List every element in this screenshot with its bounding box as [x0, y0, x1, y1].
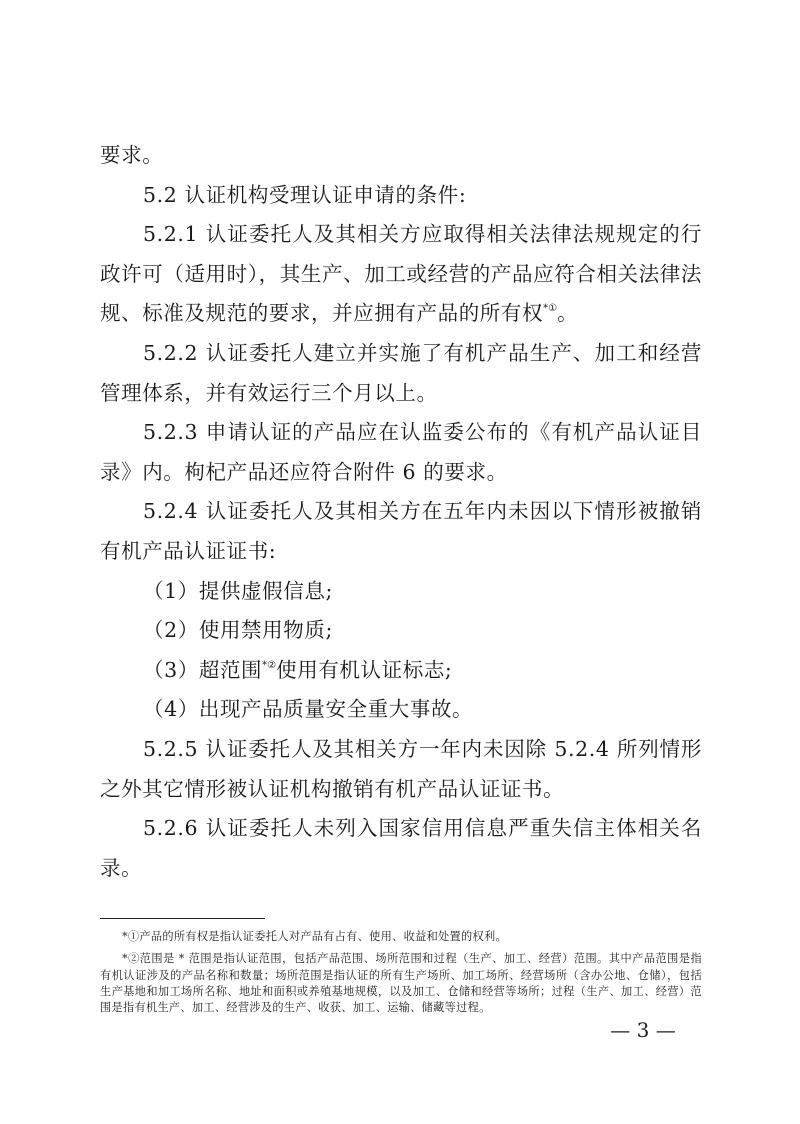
body-text: 要求。 5.2 认证机构受理认证申请的条件: 5.2.1 认证委托人及其相关方应…: [100, 136, 702, 888]
continuation-text: 要求。: [100, 136, 702, 176]
footnote-2: *②范围是 * 范围是指认证范围，包括产品范围、场所范围和过程（生产、加工、经营…: [100, 951, 702, 1016]
list-item-2: （2）使用禁用物质;: [100, 611, 702, 651]
section-heading-5-2: 5.2 认证机构受理认证申请的条件:: [100, 176, 702, 216]
footnote-separator: [100, 918, 265, 919]
paragraph-5-2-4: 5.2.4 认证委托人及其相关方在五年内未因以下情形被撤销有机产品认证证书:: [100, 492, 702, 571]
footnotes: *①产品的所有权是指认证委托人对产品有占有、使用、收益和处置的权利。 *②范围是…: [100, 929, 702, 1016]
paragraph-5-2-1-tail: 。: [557, 301, 578, 325]
document-page: 要求。 5.2 认证机构受理认证申请的条件: 5.2.1 认证委托人及其相关方应…: [0, 0, 800, 1124]
list-item-1: （1）提供虚假信息;: [100, 572, 702, 612]
paragraph-5-2-6: 5.2.6 认证委托人未列入国家信用信息严重失信主体相关名录。: [100, 809, 702, 888]
page-number: — 3 —: [598, 1016, 688, 1044]
footnote-ref-2: *②: [262, 660, 276, 671]
footnote-1: *①产品的所有权是指认证委托人对产品有占有、使用、收益和处置的权利。: [100, 929, 702, 945]
list-item-4: （4）出现产品质量安全重大事故。: [100, 690, 702, 730]
footnote-ref-1: *①: [543, 303, 557, 314]
paragraph-5-2-5: 5.2.5 认证委托人及其相关方一年内未因除 5.2.4 所列情形之外其它情形被…: [100, 730, 702, 809]
paragraph-5-2-3: 5.2.3 申请认证的产品应在认监委公布的《有机产品认证目录》内。枸杞产品还应符…: [100, 413, 702, 492]
paragraph-5-2-2: 5.2.2 认证委托人建立并实施了有机产品生产、加工和经营管理体系，并有效运行三…: [100, 334, 702, 413]
paragraph-5-2-1-text: 5.2.1 认证委托人及其相关方应取得相关法律法规规定的行政许可（适用时），其生…: [100, 222, 702, 325]
list-item-3: （3）超范围*②使用有机认证标志;: [100, 651, 702, 691]
list-item-3-text-after: 使用有机认证标志;: [276, 658, 452, 682]
paragraph-5-2-1: 5.2.1 认证委托人及其相关方应取得相关法律法规规定的行政许可（适用时），其生…: [100, 215, 702, 334]
list-item-3-text-before: （3）超范围: [143, 658, 262, 682]
